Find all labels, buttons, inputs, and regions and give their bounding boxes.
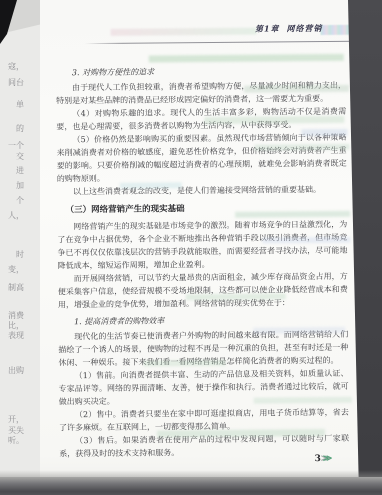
edge-text-fragment: 间台 — [8, 78, 24, 87]
body-paragraph: （5）价格仍然是影响购买的重要因素。虽然现代市场营销倾向于以各种策略来削减消费者… — [56, 131, 346, 186]
edge-text-fragment: 寇， — [8, 62, 24, 71]
body-paragraph: 以上这些消费者观念的改变，是使人们普遍接受网络营销的重要基础。 — [57, 183, 347, 199]
header-rule — [85, 41, 355, 44]
edge-text-fragment: 人， — [8, 211, 24, 220]
body-text: 3. 对购物方便性的追求 由于现代人工作负担较重，消费者希望购物方便，尽量减少时… — [56, 60, 349, 461]
page-footer: 3≫ — [315, 454, 333, 464]
page-number: 3 — [315, 454, 321, 464]
body-paragraph: （2）售中。消费者只要坐在家中即可逛虚拟商店，用电子货币结算等，省去了许多麻烦。… — [59, 406, 349, 435]
scan-background-bottom — [0, 477, 382, 495]
book-scan: 寇，间台单的一个交进加个人，时变，制高消费比，表现出购开，买失听。 第1章网络营… — [0, 0, 382, 495]
edge-text-fragment: 出购 — [8, 366, 24, 375]
edge-text-fragment: 的 — [16, 124, 24, 133]
edge-text-fragment: 交 — [16, 152, 24, 161]
book-page: 第1章网络营销 3. 对购物方便性的追求 由于现代人工作负担较重，消费者希望购物… — [40, 0, 382, 495]
edge-text-fragment: 开， — [8, 415, 24, 424]
chapter-title: 网络营销 — [286, 23, 322, 33]
edge-text-fragment: 听。 — [8, 436, 24, 445]
body-paragraph: （4）对购物乐趣的追求。现代人的生活丰富多彩，购物活动不仅是消费需要，也是心理需… — [56, 105, 346, 134]
edge-text-fragment: 比， — [8, 321, 24, 330]
body-paragraph: （1）售前。向消费者提供丰富、生动的产品信息及相关资料，如质量认证、专家品评等。… — [58, 367, 348, 409]
subsection-heading: 1. 提高消费者的购物效率 — [58, 313, 348, 329]
chapter-label: 第1章 — [255, 23, 280, 33]
edge-text-fragment: 一个 — [8, 141, 24, 150]
edge-text-fragment: 时 — [16, 250, 24, 259]
edge-text-fragment: 变， — [8, 265, 24, 274]
body-paragraph: 而开展网络营销，可以节约大量昂贵的店面租金，减少库存商品资金占用，方便采集客户信… — [58, 270, 348, 312]
body-paragraph: 网络营销产生的现实基础是市场竞争的激烈。随着市场竞争的日益激烈化，为了在竞争中占… — [57, 218, 347, 273]
edge-text-fragment: 加 — [16, 181, 24, 190]
left-page-edge: 寇，间台单的一个交进加个人，时变，制高消费比，表现出购开，买失听。 — [0, 0, 26, 495]
edge-text-fragment: 消费 — [8, 311, 24, 320]
body-paragraph: 现代化的生活节奏已使消费者户外购物的时间越来越有限。而网络营销给人们描绘了一个诱… — [58, 328, 348, 370]
edge-text-fragment: 表现 — [8, 331, 24, 340]
page-header: 第1章网络营销 — [38, 23, 322, 36]
edge-text-fragment: 进 — [16, 166, 24, 175]
page-content: 第1章网络营销 3. 对购物方便性的追求 由于现代人工作负担较重，消费者希望购物… — [38, 0, 382, 495]
section-heading: （三）网络营销产生的现实基础 — [57, 202, 347, 218]
next-page-icon: ≫ — [323, 454, 333, 464]
edge-text-fragment: 个 — [16, 196, 24, 205]
body-paragraph: 由于现代人工作负担较重，消费者希望购物方便，尽量减少时间和精力支出，特别是对某些… — [56, 79, 346, 108]
edge-text-fragment: 制高 — [8, 283, 24, 292]
subsection-heading: 3. 对购物方便性的追求 — [56, 64, 346, 80]
edge-text-fragment: 买失 — [8, 426, 24, 435]
edge-text-fragment: 单 — [16, 100, 24, 109]
body-paragraph: （3）售后。如果消费者在使用产品的过程中发现问题，可以随时与厂家联系，获得及时的… — [59, 432, 349, 461]
